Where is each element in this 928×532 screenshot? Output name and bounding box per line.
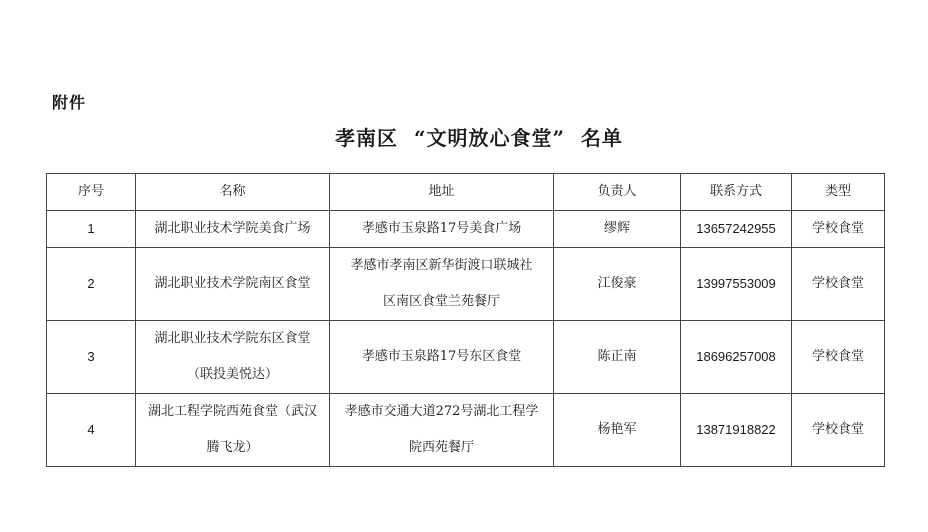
cell-phone: 18696257008	[681, 321, 792, 394]
cell-address: 孝感市孝南区新华街渡口联城社 区南区食堂兰苑餐厅	[330, 248, 554, 321]
header-type: 类型	[792, 174, 885, 211]
cell-person: 杨艳军	[554, 394, 681, 467]
address-line: 孝感市交通大道272号湖北工程学	[334, 394, 549, 430]
cell-index: 1	[47, 211, 136, 248]
name-line: 湖北职业技术学院东区食堂	[140, 321, 325, 357]
name-line: （联投美悦达）	[140, 357, 325, 393]
cell-address: 孝感市玉泉路17号东区食堂	[330, 321, 554, 394]
header-name: 名称	[136, 174, 330, 211]
table-row: 3 湖北职业技术学院东区食堂 （联投美悦达） 孝感市玉泉路17号东区食堂 陈正南…	[47, 321, 885, 394]
header-contact: 联系方式	[681, 174, 792, 211]
name-line: 腾飞龙）	[140, 430, 325, 466]
table-header-row: 序号 名称 地址 负责人 联系方式 类型	[47, 174, 885, 211]
table-row: 2 湖北职业技术学院南区食堂 孝感市孝南区新华街渡口联城社 区南区食堂兰苑餐厅 …	[47, 248, 885, 321]
cell-phone: 13657242955	[681, 211, 792, 248]
cell-person: 江俊豪	[554, 248, 681, 321]
cell-phone: 13871918822	[681, 394, 792, 467]
address-line: 院西苑餐厅	[334, 430, 549, 466]
cell-index: 2	[47, 248, 136, 321]
canteen-roster-table: 序号 名称 地址 负责人 联系方式 类型 1 湖北职业技术学院美食广场 孝感市玉…	[46, 173, 885, 467]
cell-person: 缪辉	[554, 211, 681, 248]
name-line: 湖北工程学院西苑食堂（武汉	[140, 394, 325, 430]
cell-person: 陈正南	[554, 321, 681, 394]
name-line: 湖北职业技术学院美食广场	[140, 211, 325, 247]
address-line: 孝感市玉泉路17号美食广场	[334, 211, 549, 247]
cell-phone: 13997553009	[681, 248, 792, 321]
header-index: 序号	[47, 174, 136, 211]
name-line: 湖北职业技术学院南区食堂	[140, 266, 325, 302]
cell-address: 孝感市玉泉路17号美食广场	[330, 211, 554, 248]
cell-type: 学校食堂	[792, 321, 885, 394]
cell-type: 学校食堂	[792, 211, 885, 248]
cell-name: 湖北职业技术学院南区食堂	[136, 248, 330, 321]
cell-index: 4	[47, 394, 136, 467]
address-line: 孝感市孝南区新华街渡口联城社	[334, 248, 549, 284]
cell-name: 湖北职业技术学院美食广场	[136, 211, 330, 248]
header-address: 地址	[330, 174, 554, 211]
header-person-in-charge: 负责人	[554, 174, 681, 211]
cell-name: 湖北工程学院西苑食堂（武汉 腾飞龙）	[136, 394, 330, 467]
address-line: 区南区食堂兰苑餐厅	[334, 284, 549, 320]
cell-index: 3	[47, 321, 136, 394]
attachment-label: 附件	[52, 90, 86, 113]
cell-address: 孝感市交通大道272号湖北工程学 院西苑餐厅	[330, 394, 554, 467]
cell-name: 湖北职业技术学院东区食堂 （联投美悦达）	[136, 321, 330, 394]
table-row: 4 湖北工程学院西苑食堂（武汉 腾飞龙） 孝感市交通大道272号湖北工程学 院西…	[47, 394, 885, 467]
cell-type: 学校食堂	[792, 394, 885, 467]
document-title: 孝南区 “文明放心食堂” 名单	[0, 122, 928, 151]
table-row: 1 湖北职业技术学院美食广场 孝感市玉泉路17号美食广场 缪辉 13657242…	[47, 211, 885, 248]
cell-type: 学校食堂	[792, 248, 885, 321]
address-line: 孝感市玉泉路17号东区食堂	[334, 339, 549, 375]
